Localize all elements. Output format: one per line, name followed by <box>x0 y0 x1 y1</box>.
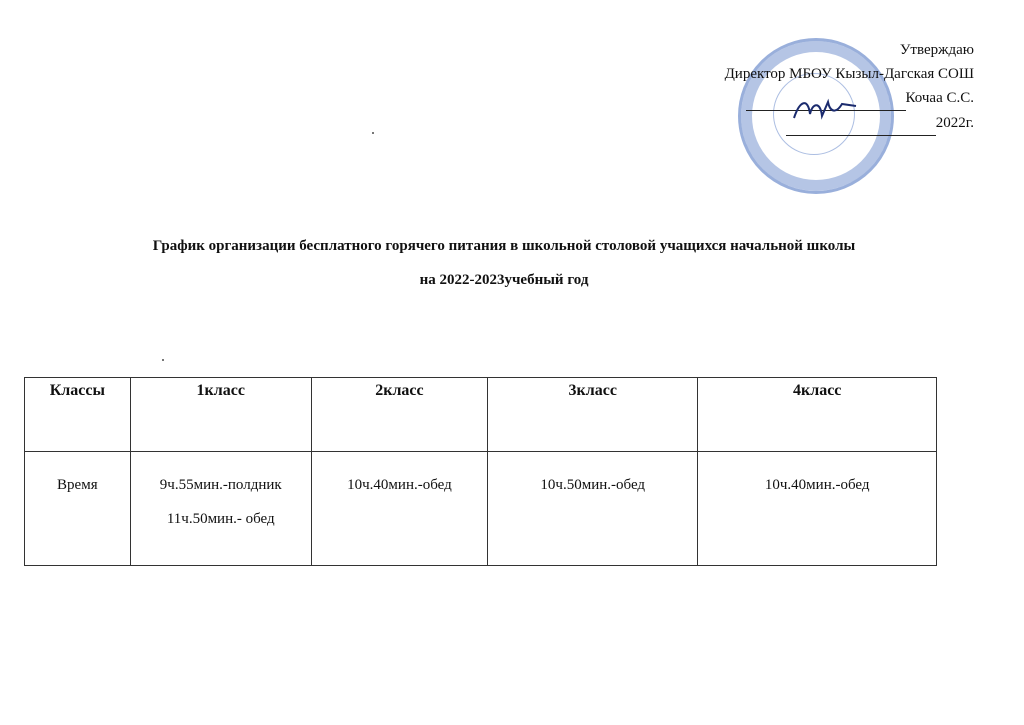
signature <box>790 96 860 124</box>
cell-line: 10ч.40мин.-обед <box>699 468 935 502</box>
scan-speck <box>162 359 164 361</box>
document-subtitle: на 2022-2023учебный год <box>0 272 1016 289</box>
header-cell: 1класс <box>130 378 311 452</box>
table-cell: 10ч.40мин.-обед <box>311 452 487 566</box>
table-row: Время 9ч.55мин.-полдник 11ч.50мин.- обед… <box>25 452 937 566</box>
cell-line: 9ч.55мин.-полдник <box>132 468 310 502</box>
cell-line: 11ч.50мин.- обед <box>132 502 310 536</box>
approval-year: 2022г. <box>936 115 974 131</box>
table-cell: 10ч.50мин.-обед <box>488 452 698 566</box>
header-cell: Классы <box>25 378 131 452</box>
header-cell: 2класс <box>311 378 487 452</box>
cell-line: 10ч.40мин.-обед <box>313 468 486 502</box>
header-cell: 4класс <box>698 378 937 452</box>
row-label: Время <box>25 452 131 566</box>
document-title: График организации бесплатного горячего … <box>0 238 1016 255</box>
approval-position: Директор МБОУ Кызыл-Дагская СОШ <box>725 62 974 86</box>
table-header-row: Классы 1класс 2класс 3класс 4класс <box>25 378 937 452</box>
table-cell: 9ч.55мин.-полдник 11ч.50мин.- обед <box>130 452 311 566</box>
approval-name: Кочаа С.С. <box>906 90 975 106</box>
header-cell: 3класс <box>488 378 698 452</box>
scan-speck <box>372 132 374 134</box>
table-cell: 10ч.40мин.-обед <box>698 452 937 566</box>
schedule-table: Классы 1класс 2класс 3класс 4класс Время… <box>24 377 937 566</box>
cell-line: 10ч.50мин.-обед <box>489 468 696 502</box>
approval-heading: Утверждаю <box>725 38 974 62</box>
